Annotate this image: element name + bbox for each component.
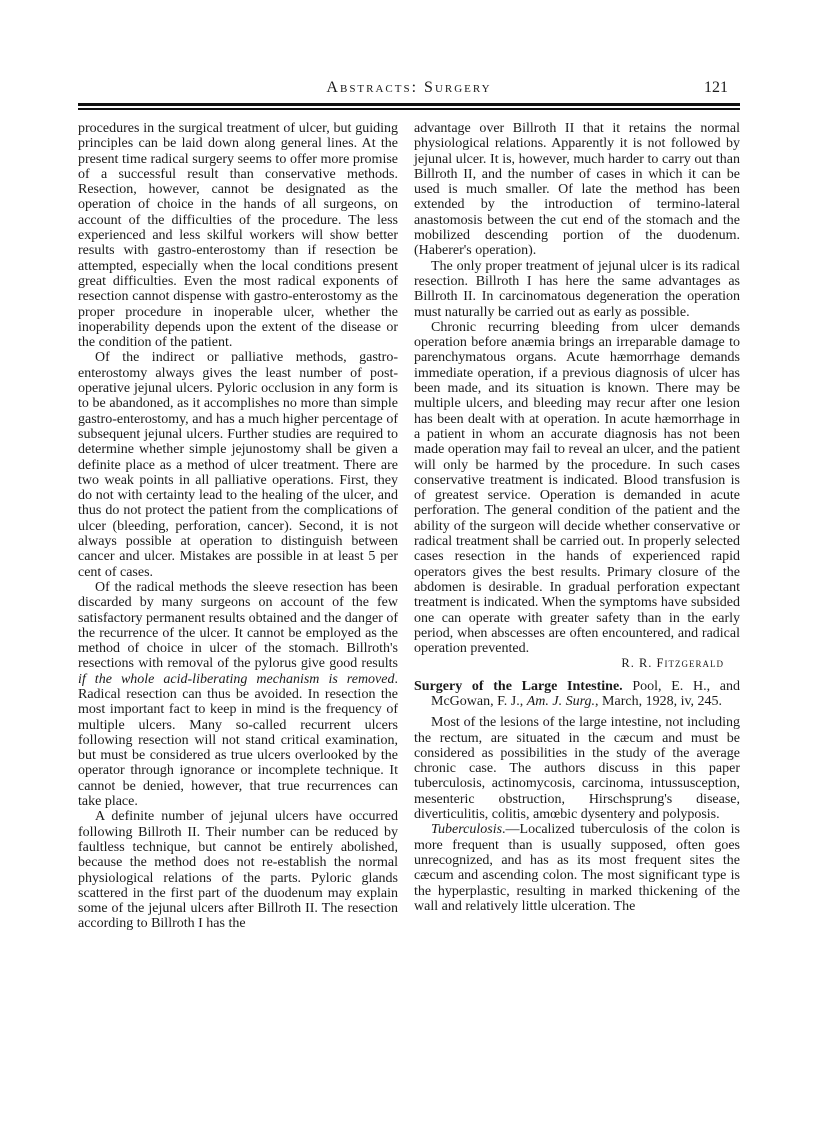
paragraph: Of the indirect or palliative methods, g… [78, 350, 398, 579]
abstract-title: Surgery of the Large Intestine. [414, 679, 623, 694]
paragraph: The only proper treatment of jejunal ulc… [414, 259, 740, 320]
right-column: advantage over Billroth II that it retai… [414, 121, 740, 932]
text-run: , March, 1928, iv, 245. [595, 694, 722, 709]
two-column-body: procedures in the surgical treatment of … [78, 121, 740, 932]
journal-page: Abstracts: Surgery 121 procedures in the… [0, 0, 816, 1145]
abstract-citation: Surgery of the Large Intestine. Pool, E.… [414, 679, 740, 710]
text-run: The only proper treatment of jejunal ulc… [414, 259, 740, 320]
page-number: 121 [704, 79, 728, 97]
text-run: Chronic recurring bleeding from ulcer de… [414, 320, 740, 656]
paragraph: Tuberculosis.—Localized tuberculosis of … [414, 822, 740, 914]
paragraph: A definite number of jejunal ulcers have… [78, 809, 398, 931]
text-run: Of the radical methods the sleeve resect… [78, 580, 398, 671]
subsection-lead-italic: Tuberculosis [431, 822, 502, 837]
italic-phrase: if the whole acid-liberating mechanism i… [78, 672, 395, 687]
paragraph: Most of the lesions of the large intesti… [414, 715, 740, 822]
journal-name: Am. J. Surg. [527, 694, 595, 709]
text-run: procedures in the surgical treatment of … [78, 121, 398, 350]
header-double-rule [78, 103, 740, 110]
text-run: A definite number of jejunal ulcers have… [78, 809, 398, 931]
page-header: Abstracts: Surgery 121 [78, 79, 740, 101]
author-signature: R. R. Fitzgerald [414, 656, 740, 671]
running-title: Abstracts: Surgery [78, 79, 740, 97]
left-column: procedures in the surgical treatment of … [78, 121, 398, 932]
paragraph: Of the radical methods the sleeve resect… [78, 580, 398, 809]
paragraph: Chronic recurring bleeding from ulcer de… [414, 320, 740, 657]
text-run: advantage over Billroth II that it retai… [414, 121, 740, 258]
text-run: . Radical resection can thus be avoided.… [78, 672, 398, 809]
paragraph: procedures in the surgical treatment of … [78, 121, 398, 350]
text-run: Most of the lesions of the large intesti… [414, 715, 740, 822]
paragraph: advantage over Billroth II that it retai… [414, 121, 740, 259]
text-run: Of the indirect or palliative methods, g… [78, 350, 398, 579]
